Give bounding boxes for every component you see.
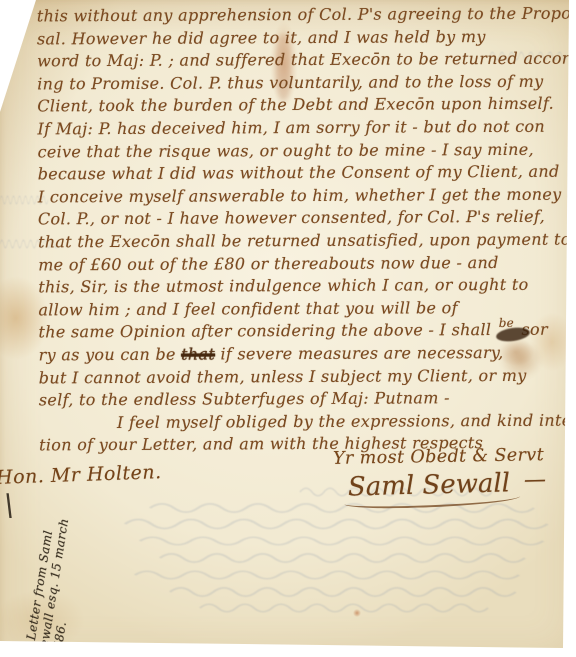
letter-line: allow him ; and I feel confident that yo… (38, 296, 566, 321)
letter-line: this without any apprehension of Col. P'… (37, 3, 565, 28)
letter-line: me of £60 out of the £80 or thereabouts … (38, 251, 566, 276)
signature: Saml Sewall— (343, 467, 546, 509)
letter-line: Client, took the burden of the Debt and … (37, 93, 565, 118)
letter-body: this without any apprehension of Col. P'… (37, 3, 567, 458)
letter-line: the same Opinion after considering the a… (38, 319, 566, 344)
letter-page: this without any apprehension of Col. P'… (0, 0, 576, 657)
letter-line: word to Maj: P. ; and suffered that Exec… (37, 48, 565, 73)
letter-line: self, to the endless Subterfuges of Maj:… (39, 387, 567, 412)
letter-line: ceive that the risque was, or ought to b… (38, 138, 566, 163)
scan-background: this without any apprehension of Col. P'… (0, 0, 576, 657)
letter-line: I feel myself obliged by the expressions… (39, 409, 567, 434)
letter-line: but I cannot avoid them, unless I subjec… (39, 364, 567, 389)
signature-flourish: — (523, 467, 546, 493)
letter-line: Col. P., or not - I have however consent… (38, 206, 566, 231)
letter-line: sal. However he did agree to it, and I w… (37, 25, 565, 50)
letter-line: I conceive myself answerable to him, whe… (38, 183, 566, 208)
letter-line: because what I did was without the Conse… (38, 161, 566, 186)
letter-line: ry as you can be that if severe measures… (39, 342, 567, 367)
letter-line: ing to Promise. Col. P. thus voluntarily… (37, 70, 565, 95)
letter-line: this, Sir, is the utmost indulgence whic… (38, 274, 566, 299)
letter-line: that the Execōn shall be returned unsati… (38, 229, 566, 254)
closing-line: Yr most Obedt & Servt (333, 445, 544, 469)
letter-line: If Maj: P. has deceived him, I am sorry … (37, 116, 565, 141)
ink-smear (500, 341, 542, 379)
signature-name: Saml Sewall (343, 468, 520, 510)
addressee-ink-mark: \ (4, 488, 14, 524)
